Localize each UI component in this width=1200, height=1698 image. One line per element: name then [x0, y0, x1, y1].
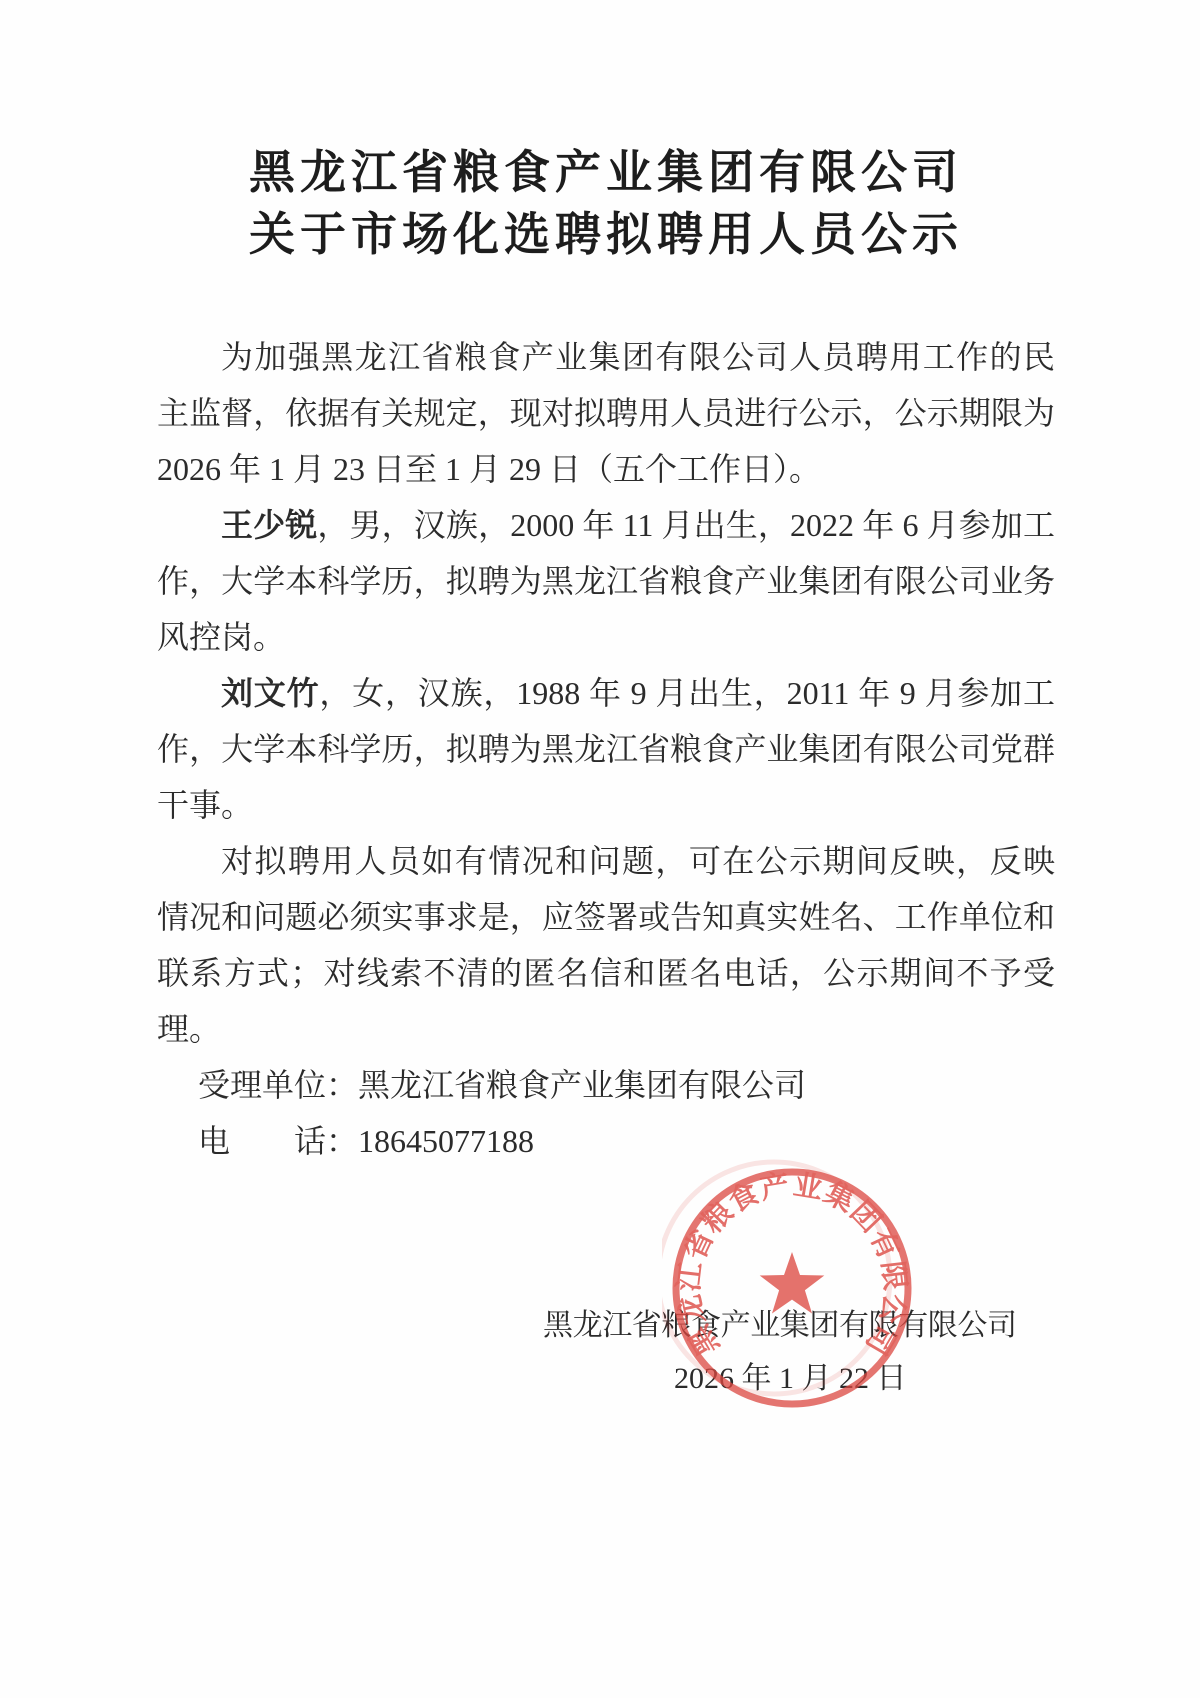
document-page: 黑龙江省粮食产业集团有限公司 关于市场化选聘拟聘用人员公示 为加强黑龙江省粮食产…	[0, 0, 1200, 1698]
title-line-2: 关于市场化选聘拟聘用人员公示	[157, 204, 1055, 266]
document-title: 黑龙江省粮食产业集团有限公司 关于市场化选聘拟聘用人员公示	[157, 142, 1055, 266]
receiving-unit-label: 受理单位：	[198, 1067, 358, 1103]
text-line: 2026 年 1 月 23 日至 1 月 29 日（五个工作日）。	[157, 441, 1055, 497]
phone-line: 电 话：18645077188	[157, 1113, 1055, 1169]
phone-label: 电 话：	[198, 1123, 358, 1159]
text-line: 干事。	[157, 777, 1055, 833]
receiving-unit-value: 黑龙江省粮食产业集团有限公司	[358, 1067, 806, 1103]
text-line: 刘文竹，女，汉族，1988 年 9 月出生，2011 年 9 月参加工	[157, 665, 1055, 721]
text-line: 联系方式；对线索不清的匿名信和匿名电话，公示期间不予受	[157, 945, 1055, 1001]
person-name: 王少锐	[221, 507, 317, 543]
paragraph: 刘文竹，女，汉族，1988 年 9 月出生，2011 年 9 月参加工作，大学本…	[157, 665, 1055, 833]
text-line: 情况和问题必须实事求是，应签署或告知真实姓名、工作单位和	[157, 889, 1055, 945]
text-line: 对拟聘用人员如有情况和问题，可在公示期间反映，反映	[157, 833, 1055, 889]
text-line: 作，大学本科学历，拟聘为黑龙江省粮食产业集团有限公司业务	[157, 553, 1055, 609]
signature-date: 2026 年 1 月 22 日	[674, 1357, 907, 1401]
receiving-unit-line: 受理单位：黑龙江省粮食产业集团有限公司	[157, 1057, 1055, 1113]
body-paragraphs: 为加强黑龙江省粮食产业集团有限公司人员聘用工作的民主监督，依据有关规定，现对拟聘…	[157, 329, 1055, 1057]
text-line: 作，大学本科学历，拟聘为黑龙江省粮食产业集团有限公司党群	[157, 721, 1055, 777]
text-line: 王少锐，男，汉族，2000 年 11 月出生，2022 年 6 月参加工	[157, 497, 1055, 553]
text-line: 风控岗。	[157, 609, 1055, 665]
text-line: 理。	[157, 1001, 1055, 1057]
paragraph: 为加强黑龙江省粮食产业集团有限公司人员聘用工作的民主监督，依据有关规定，现对拟聘…	[157, 329, 1055, 497]
text-line: 主监督，依据有关规定，现对拟聘用人员进行公示，公示期限为	[157, 385, 1055, 441]
paragraph: 对拟聘用人员如有情况和问题，可在公示期间反映，反映情况和问题必须实事求是，应签署…	[157, 833, 1055, 1057]
person-name: 刘文竹	[221, 675, 319, 711]
paragraph: 王少锐，男，汉族，2000 年 11 月出生，2022 年 6 月参加工作，大学…	[157, 497, 1055, 665]
phone-value: 18645077188	[358, 1123, 534, 1159]
text-line: 为加强黑龙江省粮食产业集团有限公司人员聘用工作的民	[157, 329, 1055, 385]
title-line-1: 黑龙江省粮食产业集团有限公司	[157, 142, 1055, 204]
signature-company: 黑龙江省粮食产业集团有限有限公司	[543, 1304, 1017, 1348]
document-body: 为加强黑龙江省粮食产业集团有限公司人员聘用工作的民主监督，依据有关规定，现对拟聘…	[157, 329, 1055, 1169]
